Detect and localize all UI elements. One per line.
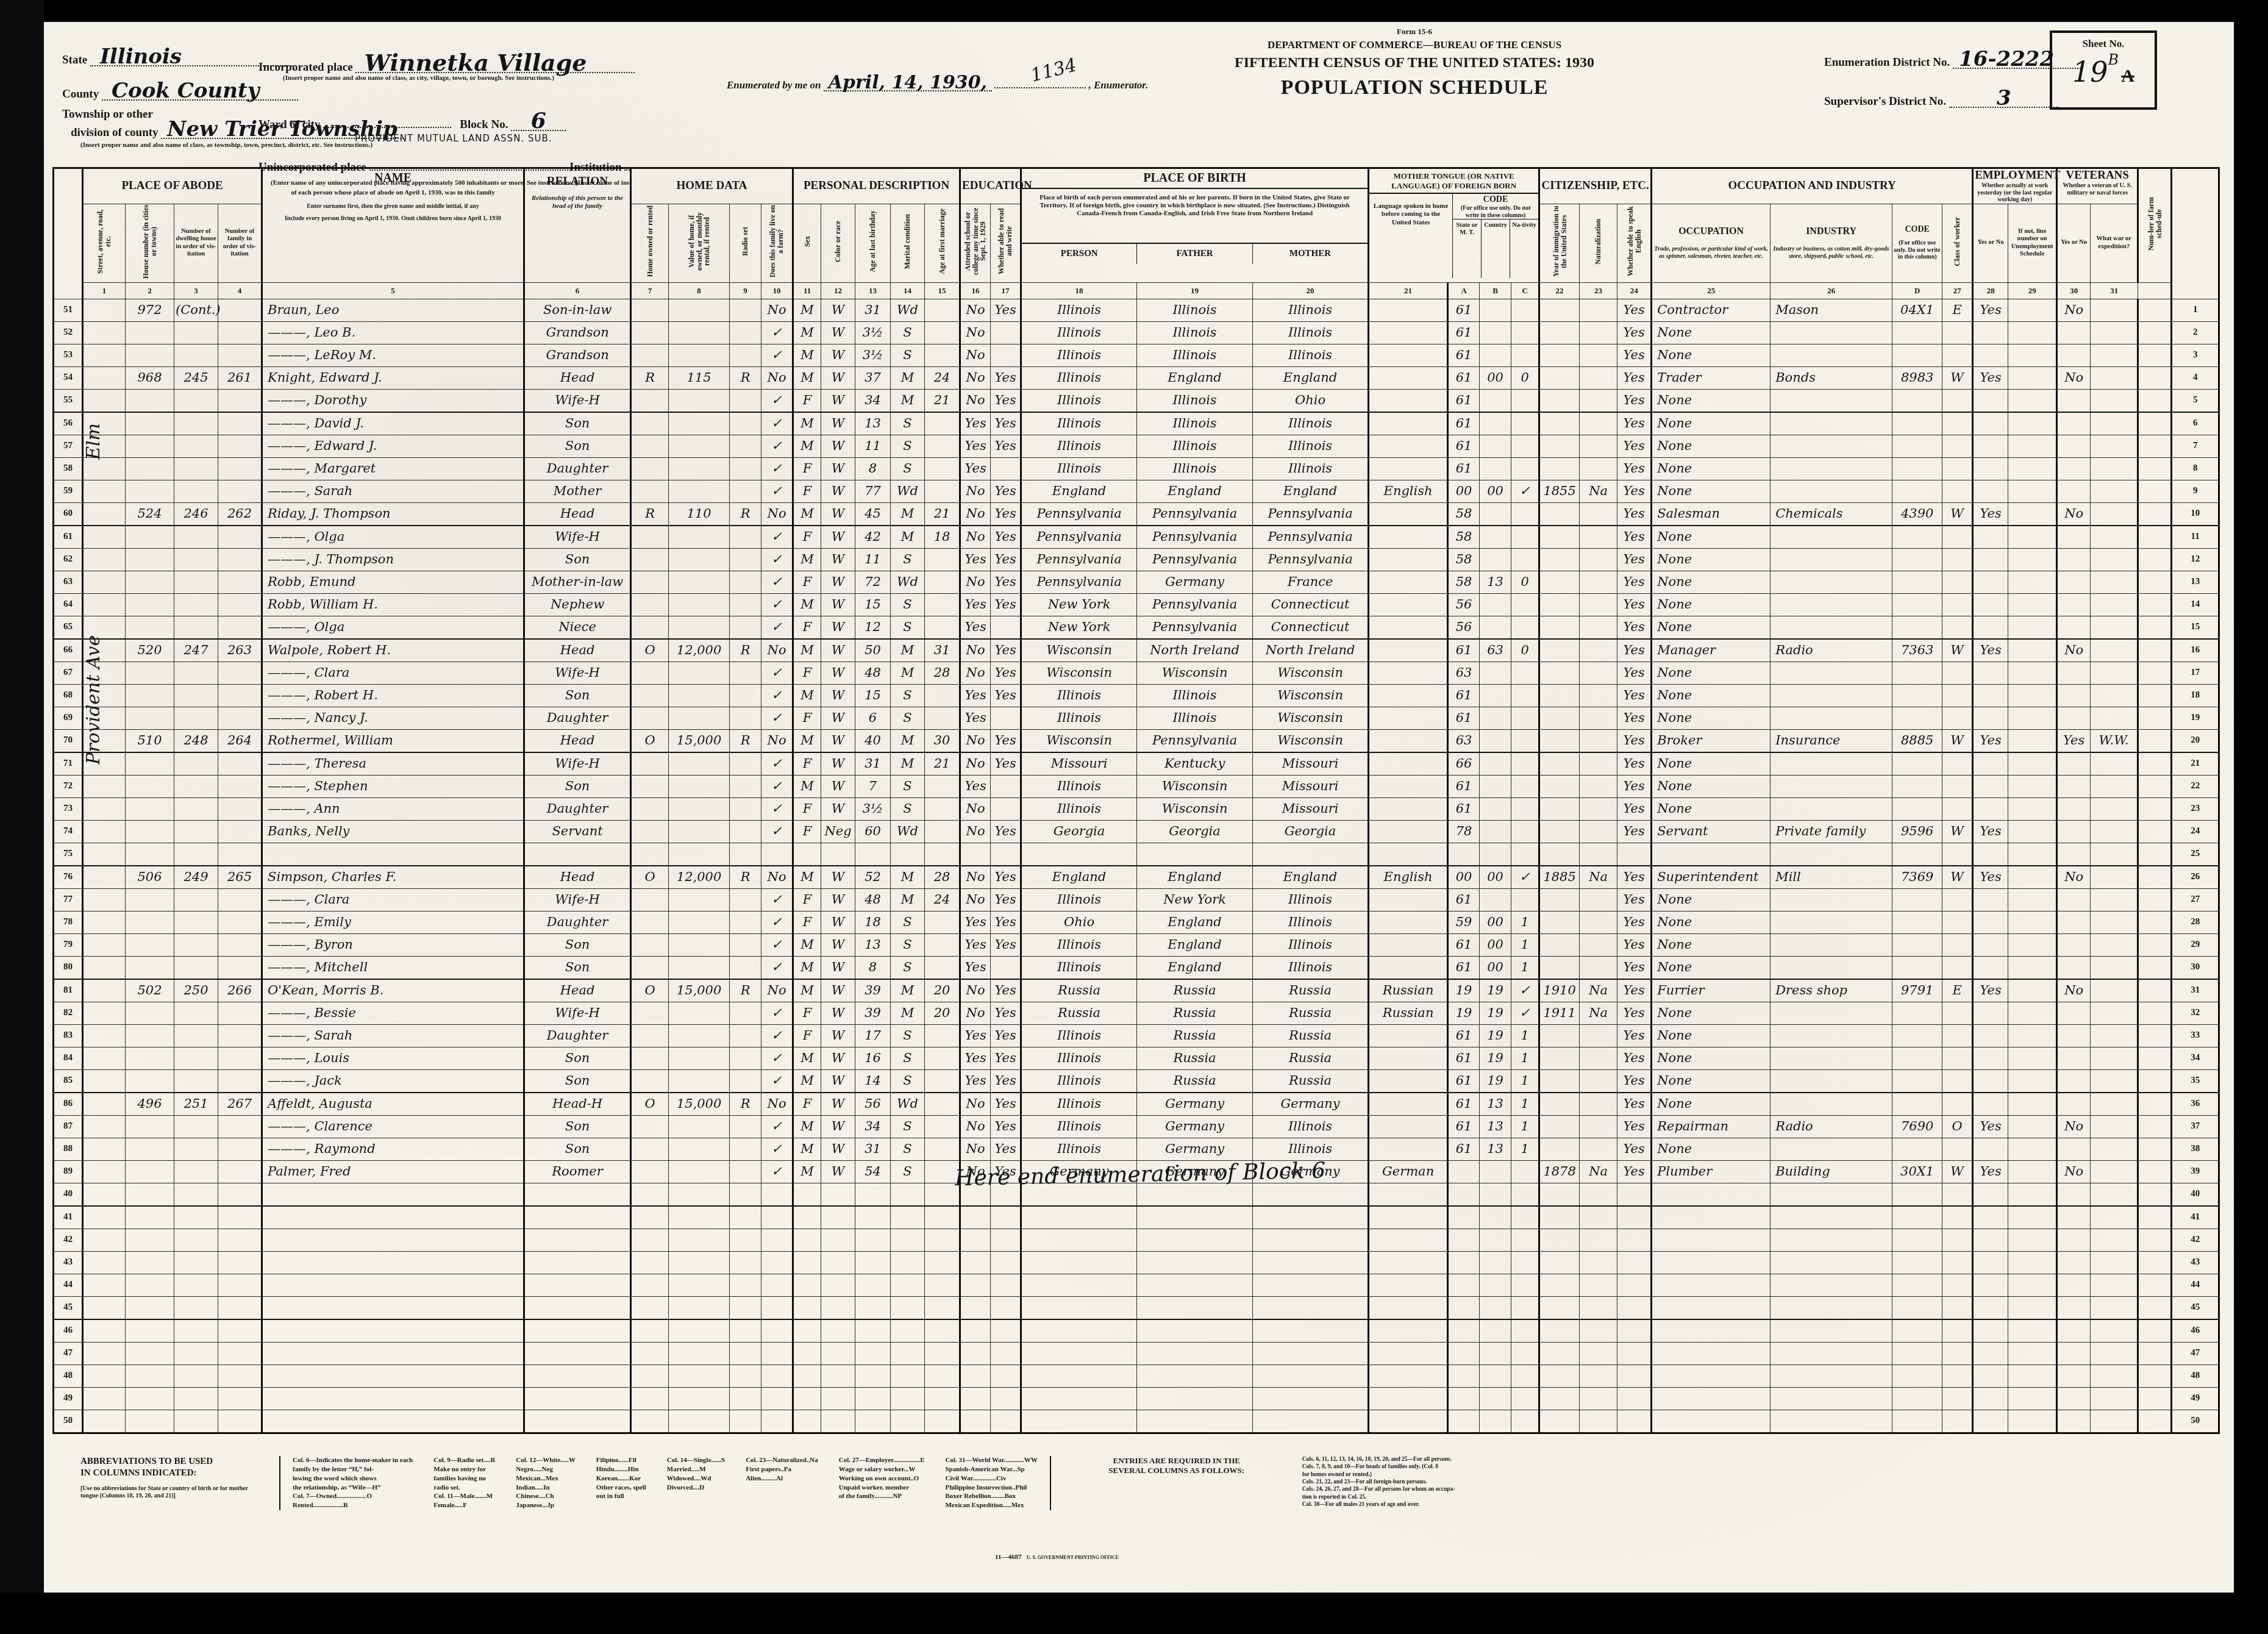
cell [2008,1002,2057,1024]
cell: O [631,639,669,662]
cell: Yes [960,775,991,797]
cell [631,752,669,776]
table-row: 77———, ClaraWife-H✓FW48M24NoYesIllinoisN… [54,888,2219,911]
cell [821,1183,855,1206]
cell [669,299,730,321]
group-employment: EMPLOYMENTWhether actually at work yeste… [1973,168,2057,204]
cell: Yes [1617,435,1652,457]
cell: Pennsylvania [1253,526,1369,549]
line-number-right: 7 [2172,435,2219,457]
cell [2138,457,2172,480]
cell [1580,1365,1617,1387]
cell: 261 [218,366,262,389]
table-row: 55———, DorothyWife-H✓FW34M21NoYesIllinoi… [54,389,2219,412]
cell: No [960,1093,991,1116]
cell [1973,1024,2008,1047]
cell [1539,1410,1580,1433]
cell [218,933,262,956]
cell [669,1047,730,1069]
table-row: 63Robb, EmundMother-in-law✓FW72WdNoYesPe… [54,571,2219,593]
cell [925,797,960,820]
cell [1580,548,1617,571]
cell [1617,1296,1652,1319]
cell [1617,1410,1652,1433]
cell [2057,1387,2091,1410]
cell [1942,956,1973,979]
cell [218,775,262,797]
cell: ✓ [761,344,793,366]
cell [83,1319,126,1343]
table-row: 65———, OlgaNiece✓FW12SYesNew YorkPennsyl… [54,616,2219,639]
cell [83,1365,126,1387]
line-number-left: 87 [54,1115,83,1138]
cell [1480,662,1511,684]
cell: 61 [1448,956,1480,979]
cell [1942,1047,1973,1069]
cell: 24 [925,888,960,911]
cell [83,1410,126,1433]
cell [1369,548,1448,571]
cell: 39 [855,1002,891,1024]
cell [126,1002,174,1024]
cell: O [631,729,669,752]
line-number-left: 80 [54,956,83,979]
cell: Bonds [1771,366,1892,389]
cell [83,979,126,1002]
cell [1369,684,1448,707]
cell [1539,299,1580,321]
cell [126,321,174,344]
cell [1539,1274,1580,1296]
cell [2138,707,2172,729]
cell: Russia [1137,1069,1253,1093]
cell [925,1319,960,1343]
cell [925,707,960,729]
cell [669,526,730,549]
cell [1448,1251,1480,1274]
column-number: 21 [1369,282,1448,299]
cell: F [793,526,821,549]
cell [891,843,925,866]
township-label2: division of county [62,126,159,139]
cell [821,1410,855,1433]
column-1: Street, avenue, road, etc. [83,204,126,282]
cell [1137,1229,1253,1251]
cell: 263 [218,639,262,662]
cell: W [821,933,855,956]
enumerated-date: April, 14, 1930, [824,76,992,91]
cell: 61 [1448,389,1480,412]
cell [925,435,960,457]
cell: ———, Margaret [262,457,524,480]
cell [1137,1206,1253,1229]
cell [1511,820,1539,843]
cell [2008,1183,2057,1206]
cell: Knight, Edward J. [262,366,524,389]
cell: ———, Robert H. [262,684,524,707]
cell [730,548,761,571]
cell [174,480,218,502]
cell [262,1319,524,1343]
cell: ———, Raymond [262,1138,524,1160]
cell: Yes [960,956,991,979]
cell [2008,1093,2057,1116]
cell: 1 [1511,933,1539,956]
cell: Yes [991,435,1021,457]
group-place-of-abode: PLACE OF ABODE [83,168,262,204]
column-number: 3 [174,282,218,299]
cell [2091,412,2138,435]
cell: Pennsylvania [1137,502,1253,526]
cell: Yes [1617,502,1652,526]
cell [2091,707,2138,729]
cell [174,662,218,684]
cell [2138,435,2172,457]
cell [991,321,1021,344]
cell [1580,1206,1617,1229]
cell: Yes [991,412,1021,435]
cell [1771,389,1892,412]
cell [991,616,1021,639]
cell: Missouri [1253,752,1369,776]
cell [1480,1274,1511,1296]
line-number-right: 48 [2172,1365,2219,1387]
cell [2138,866,2172,889]
cell [2091,1296,2138,1319]
cell: None [1652,389,1771,412]
cell [1511,1229,1539,1251]
cell [793,1365,821,1387]
cell [631,684,669,707]
cell [1973,1387,2008,1410]
cell [1892,480,1942,502]
cell: S [891,1160,925,1183]
line-number-left: 52 [54,321,83,344]
cell [1480,1296,1511,1319]
cell [1539,1387,1580,1410]
cell [730,1069,761,1093]
table-row: 54968245261Knight, Edward J.HeadR115RNoM… [54,366,2219,389]
cell [1021,1274,1137,1296]
cell [1137,1365,1253,1387]
cell [83,1002,126,1024]
cell: Son [524,1138,631,1160]
cell [991,1387,1021,1410]
cell: None [1652,956,1771,979]
line-number-left: 50 [54,1410,83,1433]
cell [730,1342,761,1365]
cell: M [793,593,821,616]
cell [1369,1138,1448,1160]
cell [1771,956,1892,979]
line-number-left: 45 [54,1296,83,1319]
cell [1580,412,1617,435]
cell: 19 [1480,1069,1511,1093]
table-row: 87———, ClarenceSon✓MW34SNoYesIllinoisGer… [54,1115,2219,1138]
cell [1539,933,1580,956]
cell [1580,843,1617,866]
cell [2138,389,2172,412]
cell [2057,1183,2091,1206]
cell [2008,435,2057,457]
cell: F [793,752,821,776]
cell: S [891,1024,925,1047]
cell [821,1274,855,1296]
cell: Illinois [1253,1138,1369,1160]
cell: S [891,435,925,457]
cell: 63 [1448,662,1480,684]
cell: 4390 [1892,502,1942,526]
cell [2008,616,2057,639]
cell: None [1652,457,1771,480]
cell [174,435,218,457]
cell: Illinois [1021,1138,1137,1160]
cell [1942,1251,1973,1274]
cell: Son [524,933,631,956]
cell [1892,1410,1942,1433]
cell [1771,480,1892,502]
cell [524,1387,631,1410]
cell [1480,888,1511,911]
cell: E [1942,979,1973,1002]
cell [1617,1206,1652,1229]
cell: ✓ [761,707,793,729]
cell [1580,707,1617,729]
cell [218,321,262,344]
cell [925,299,960,321]
column-8: Value of home, if owned, or monthly rent… [669,204,730,282]
cell [631,1115,669,1138]
cell: F [793,662,821,684]
cell: Pennsylvania [1021,526,1137,549]
cell [218,435,262,457]
cell [1369,1296,1448,1319]
cell [631,299,669,321]
cell [1973,344,2008,366]
cell [1580,344,1617,366]
cell [1942,480,1973,502]
cell: Yes [1617,457,1652,480]
cell [218,888,262,911]
cell [1580,1093,1617,1116]
cell [218,1138,262,1160]
cell [174,1296,218,1319]
cell: Son [524,1115,631,1138]
cell: Affeldt, Augusta [262,1093,524,1116]
cell: O [1942,1115,1973,1138]
cell: Yes [991,389,1021,412]
line-number-right: 17 [2172,662,2219,684]
cell [891,1296,925,1319]
cell [1942,1410,1973,1433]
cell: 00 [1480,933,1511,956]
cell [2138,888,2172,911]
cell: Manager [1652,639,1771,662]
cell: England [1137,480,1253,502]
cell: 21 [925,502,960,526]
cell: 1 [1511,1093,1539,1116]
cell [925,480,960,502]
cell: Na [1580,1002,1617,1024]
cell [1973,1319,2008,1343]
cell [730,1296,761,1319]
cell [174,684,218,707]
cell [1137,1251,1253,1274]
column-number: 13 [855,282,891,299]
cell: ✓ [761,1160,793,1183]
cell: 9791 [1892,979,1942,1002]
cell [1973,457,2008,480]
cell: 30 [925,729,960,752]
cell [631,1410,669,1433]
cell [1892,1183,1942,1206]
cell [1942,548,1973,571]
cell: 63 [1448,729,1480,752]
cell [1942,843,1973,866]
column-31: What war or expe­dition? [2091,204,2138,282]
cell: 15,000 [669,1093,730,1116]
cell [174,548,218,571]
table-row: 83———, SarahDaughter✓FW17SYesYesIllinois… [54,1024,2219,1047]
column-14: Marital con­dition [891,204,925,282]
county-field: County Cook County [62,83,298,101]
cell: Russia [1137,979,1253,1002]
cell: Son [524,956,631,979]
cell: None [1652,1002,1771,1024]
cell [524,1365,631,1387]
cell: Wisconsin [1137,775,1253,797]
cell [83,956,126,979]
cell: Daughter [524,707,631,729]
enumerator-label: , Enumerator. [1089,79,1149,91]
cell: Yes [1973,729,2008,752]
line-number-right: 47 [2172,1342,2219,1365]
sd-value: 3 [1949,90,2059,108]
cell: M [891,729,925,752]
cell: R [730,729,761,752]
column-number: 9 [730,282,761,299]
cell [1539,752,1580,776]
cell [1480,435,1511,457]
line-number-right: 25 [2172,843,2219,866]
cell [1771,662,1892,684]
cell: ———, Clarence [262,1115,524,1138]
cell: Georgia [1137,820,1253,843]
cell [126,1365,174,1387]
cell: Yes [1617,752,1652,776]
cell: 48 [855,662,891,684]
cell [83,775,126,797]
cell: ✓ [761,571,793,593]
cell: Illinois [1253,435,1369,457]
cell [1511,662,1539,684]
cell [2138,1115,2172,1138]
table-row: 84———, LouisSon✓MW16SYesYesIllinoisRussi… [54,1047,2219,1069]
cell: 245 [174,366,218,389]
cell: 8885 [1892,729,1942,752]
cell [631,1342,669,1365]
cell [1369,435,1448,457]
cell: Rothermel, William [262,729,524,752]
cell [669,911,730,933]
cell [1942,1387,1973,1410]
line-number-left: 49 [54,1387,83,1410]
line-number-left: 44 [54,1274,83,1296]
cell [761,1206,793,1229]
cell: Yes [2057,729,2091,752]
cell [2008,888,2057,911]
column-9: Radio set [730,204,761,282]
cell [891,1274,925,1296]
cell [991,797,1021,820]
cell [855,1365,891,1387]
cell [1652,1206,1771,1229]
cell [174,571,218,593]
table-row: 4848 [54,1365,2219,1387]
group-home-data: HOME DATA [631,168,793,204]
cell [669,1251,730,1274]
cell: Yes [991,1138,1021,1160]
cell [631,1206,669,1229]
cell [1973,389,2008,412]
cell [2057,435,2091,457]
cell [1369,843,1448,866]
cell: Illinois [1137,707,1253,729]
cell [1539,457,1580,480]
cell: 24 [925,366,960,389]
cell: M [891,888,925,911]
cell: No [960,502,991,526]
cell [1973,956,2008,979]
cell: Yes [1617,344,1652,366]
cell [2091,1047,2138,1069]
cell: 58 [1448,548,1480,571]
cell [1942,389,1973,412]
cell [1511,797,1539,820]
line-number-left: 53 [54,344,83,366]
cell [2008,979,2057,1002]
cell [2091,933,2138,956]
cell [2008,1229,2057,1251]
cell [218,956,262,979]
cell: M [793,956,821,979]
cell: Yes [991,571,1021,593]
cell: W [821,1002,855,1024]
cell [1580,662,1617,684]
cell: S [891,684,925,707]
cell [126,1251,174,1274]
cell [631,389,669,412]
cell: M [891,979,925,1002]
cell [2057,1365,2091,1387]
sheet-value: 19 [2072,55,2108,88]
cell: Illinois [1021,707,1137,729]
column-number: 22 [1539,282,1580,299]
cell: Illinois [1021,797,1137,820]
table-row: 4949 [54,1387,2219,1410]
cell: No [761,1093,793,1116]
cell [991,457,1021,480]
cell: M [793,979,821,1002]
cell [2138,526,2172,549]
cell: Yes [1617,593,1652,616]
cell: W.W. [2091,729,2138,752]
cell [1771,1047,1892,1069]
cell [1480,1387,1511,1410]
cell: Yes [960,933,991,956]
cell: 60 [855,820,891,843]
cell [2091,1069,2138,1093]
